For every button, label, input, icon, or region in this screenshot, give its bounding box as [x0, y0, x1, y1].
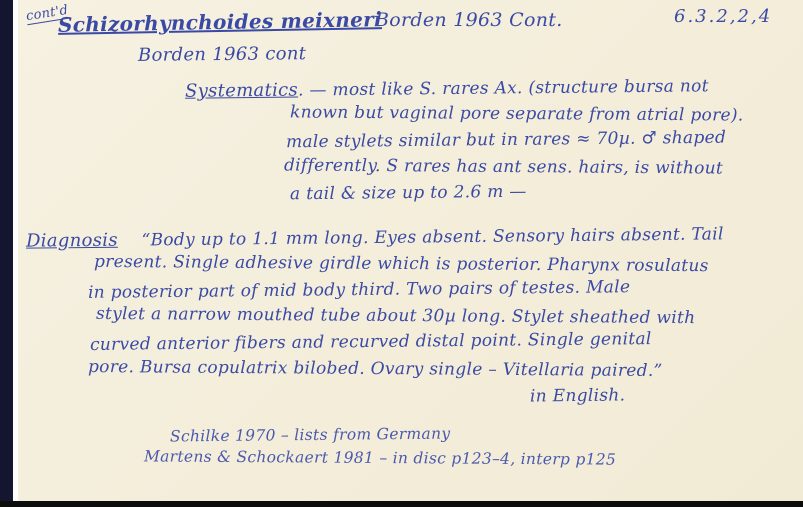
- diagnosis-intro: “Body up to 1.1 mm long. Eyes absent. Se…: [141, 224, 723, 250]
- systematics-line: a tail & size up to 2.6 m —: [290, 182, 527, 204]
- scan-edge-bottom: [0, 501, 803, 507]
- card-subtitle: Borden 1963 cont: [138, 43, 306, 66]
- scan-edge-sliver: [13, 0, 18, 507]
- systematics-intro: . — most like S. rares Ax. (structure bu…: [298, 76, 709, 100]
- systematics-line: differently. S rares has ant sens. hairs…: [284, 155, 723, 178]
- index-card: cont'd Schizorhynchoides meixneri Borden…: [18, 0, 803, 501]
- diagnosis-heading: Diagnosis: [26, 230, 118, 252]
- reference-line: Schilke 1970 – lists from Germany: [170, 425, 451, 446]
- systematics-line: known but vaginal pore separate from atr…: [290, 102, 744, 125]
- title-suffix: Borden 1963 Cont.: [375, 9, 563, 31]
- diagnosis-line: curved anterior fibers and recurved dist…: [90, 329, 652, 355]
- diagnosis-line: stylet a narrow mouthed tube about 30µ l…: [96, 304, 696, 328]
- systematics-line: Systematics. — most like S. rares Ax. (s…: [185, 75, 709, 101]
- catalog-code: 6.3.2,2,4: [674, 6, 772, 27]
- systematics-line: male stylets similar but in rares ≈ 70µ.…: [286, 128, 726, 153]
- diagnosis-line: pore. Bursa copulatrix bilobed. Ovary si…: [88, 357, 663, 381]
- reference-line: Martens & Schockaert 1981 – in disc p123…: [144, 447, 616, 468]
- diagnosis-line: present. Single adhesive girdle which is…: [94, 252, 709, 276]
- diagnosis-line: in posterior part of mid body third. Two…: [88, 277, 630, 303]
- systematics-heading: Systematics: [185, 80, 298, 102]
- scan-edge-left: [0, 0, 13, 507]
- diagnosis-attribution: in English.: [530, 386, 625, 407]
- species-title: Schizorhynchoides meixneri: [58, 7, 382, 37]
- diagnosis-line: Diagnosis “Body up to 1.1 mm long. Eyes …: [26, 223, 724, 251]
